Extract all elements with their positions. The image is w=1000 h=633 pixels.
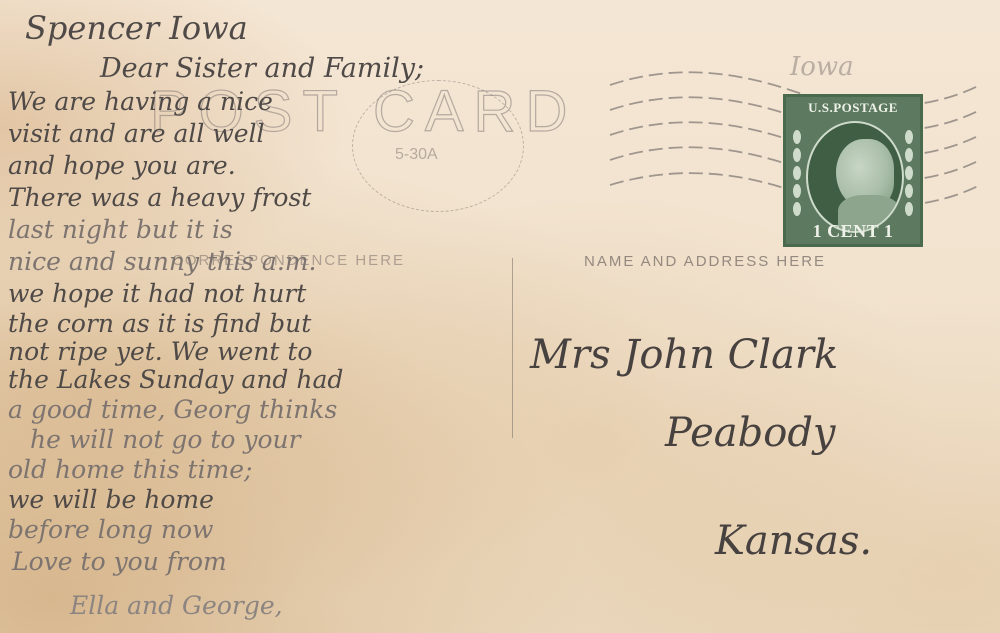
message-line: visit and are all well [8,120,265,148]
recipient-city: Peabody [665,410,836,456]
message-signature: Ella and George, [70,592,283,620]
postmark-circle [352,80,524,212]
message-line: we will be home [8,486,214,514]
message-line: We are having a nice [8,88,273,116]
stamp-denomination: 1 CENT 1 [786,221,920,242]
message-line-place: Spencer Iowa [25,14,248,42]
message-line: old home this time; [8,456,252,484]
laurel-left-icon [790,127,804,227]
message-line: before long now [8,516,213,544]
message-line: last night but it is [8,216,233,244]
postmark-date: 5-30A [395,146,438,164]
message-line: the corn as it is find but [8,310,311,338]
message-line: Love to you from [12,548,227,576]
pencil-note-iowa: Iowa [790,52,854,82]
message-line-greeting: Dear Sister and Family; [100,55,424,83]
stamp-top-text: U.S.POSTAGE [786,100,920,116]
message-line: not ripe yet. We went to [8,338,312,366]
washington-portrait-icon [806,121,904,233]
message-line: There was a heavy frost [8,184,311,212]
laurel-right-icon [902,127,916,227]
postcard-back: POST CARD 5-30A Iowa U.S.POSTAGE 1 CENT … [0,0,1000,633]
postage-stamp: U.S.POSTAGE 1 CENT 1 [783,94,923,247]
center-divider [512,258,513,438]
message-line: a good time, Georg thinks [8,396,337,424]
message-line: he will not go to your [30,426,301,454]
address-label: NAME AND ADDRESS HERE [584,253,826,270]
message-line: and hope you are. [8,152,236,180]
message-line: nice and sunny this a.m. [8,248,316,276]
message-line: the Lakes Sunday and had [8,366,343,394]
message-line: we hope it had not hurt [8,280,306,308]
recipient-state: Kansas. [715,518,872,564]
recipient-name: Mrs John Clark [530,332,838,378]
